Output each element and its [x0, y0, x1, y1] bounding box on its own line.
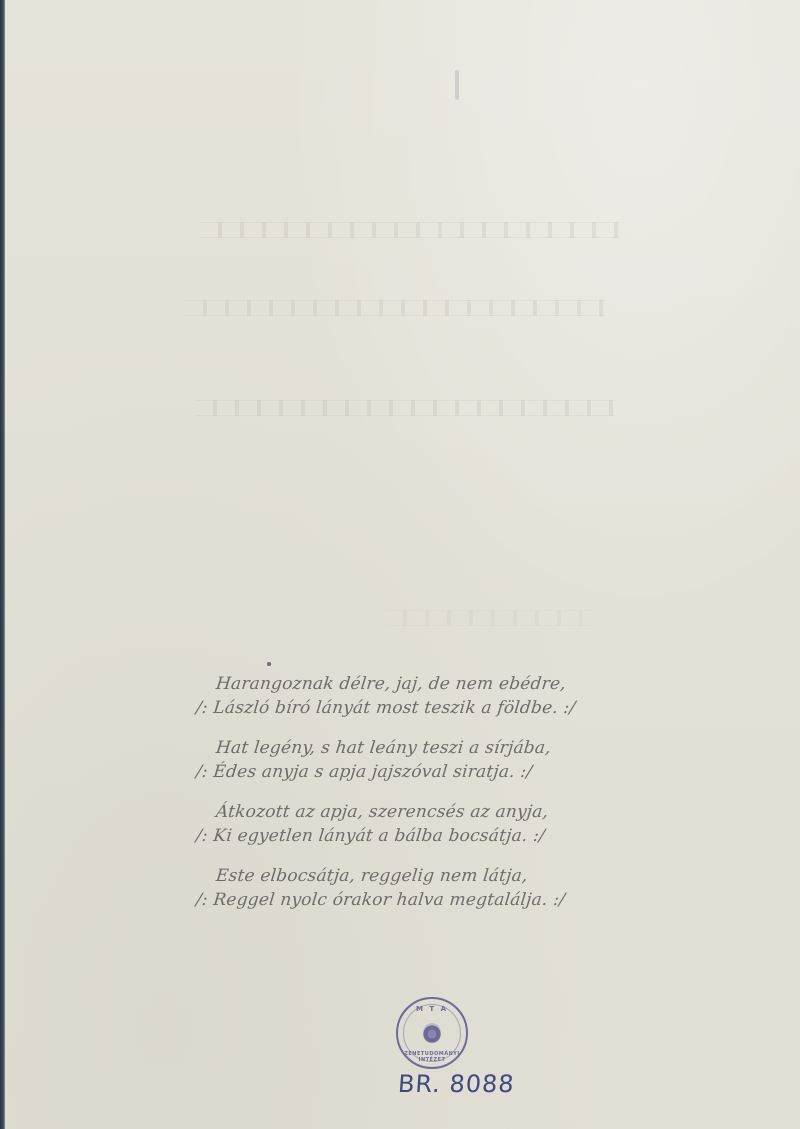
manuscript-page	[5, 0, 800, 1129]
lyric-line-refrain: /: Édes anyja s apja jajszóval siratja. …	[195, 760, 658, 784]
lyric-line: Hat legény, s hat leány teszi a sírjába,	[195, 736, 658, 760]
ink-dot	[267, 662, 271, 666]
lyric-line-refrain: /: László bíró lányát most teszik a föld…	[195, 696, 658, 720]
bleed-through-music-staff	[185, 300, 605, 316]
stanza-4: Este elbocsátja, reggelig nem látja, /: …	[196, 864, 656, 912]
lyric-line: Este elbocsátja, reggelig nem látja,	[195, 864, 658, 888]
stanza-1: Harangoznak délre, jaj, de nem ebédre, /…	[196, 672, 656, 720]
stamp-ring-text: ZENETUDOMÁNYI INTÉZET	[398, 1051, 466, 1063]
bleed-through-music-staff	[385, 610, 595, 626]
bleed-through-music-staff	[200, 222, 620, 238]
institute-stamp: M T A ZENETUDOMÁNYI INTÉZET	[396, 997, 468, 1069]
stanza-2: Hat legény, s hat leány teszi a sírjába,…	[196, 736, 656, 784]
catalog-number: BR. 8088	[397, 1070, 516, 1098]
paper-crease	[455, 70, 459, 100]
song-lyrics: Harangoznak délre, jaj, de nem ebédre, /…	[196, 672, 656, 928]
stamp-top-text: M T A	[398, 1005, 466, 1013]
stanza-3: Átkozott az apja, szerencsés az anyja, /…	[196, 800, 656, 848]
bleed-through-music-staff	[195, 400, 615, 416]
lyric-line: Átkozott az apja, szerencsés az anyja,	[195, 800, 658, 824]
lyric-line-refrain: /: Ki egyetlen lányát a bálba bocsátja. …	[195, 824, 658, 848]
lyric-line-refrain: /: Reggel nyolc órakor halva megtalálja.…	[195, 888, 658, 912]
coat-of-arms-icon	[423, 1023, 441, 1043]
lyric-line: Harangoznak délre, jaj, de nem ebédre,	[195, 672, 658, 696]
